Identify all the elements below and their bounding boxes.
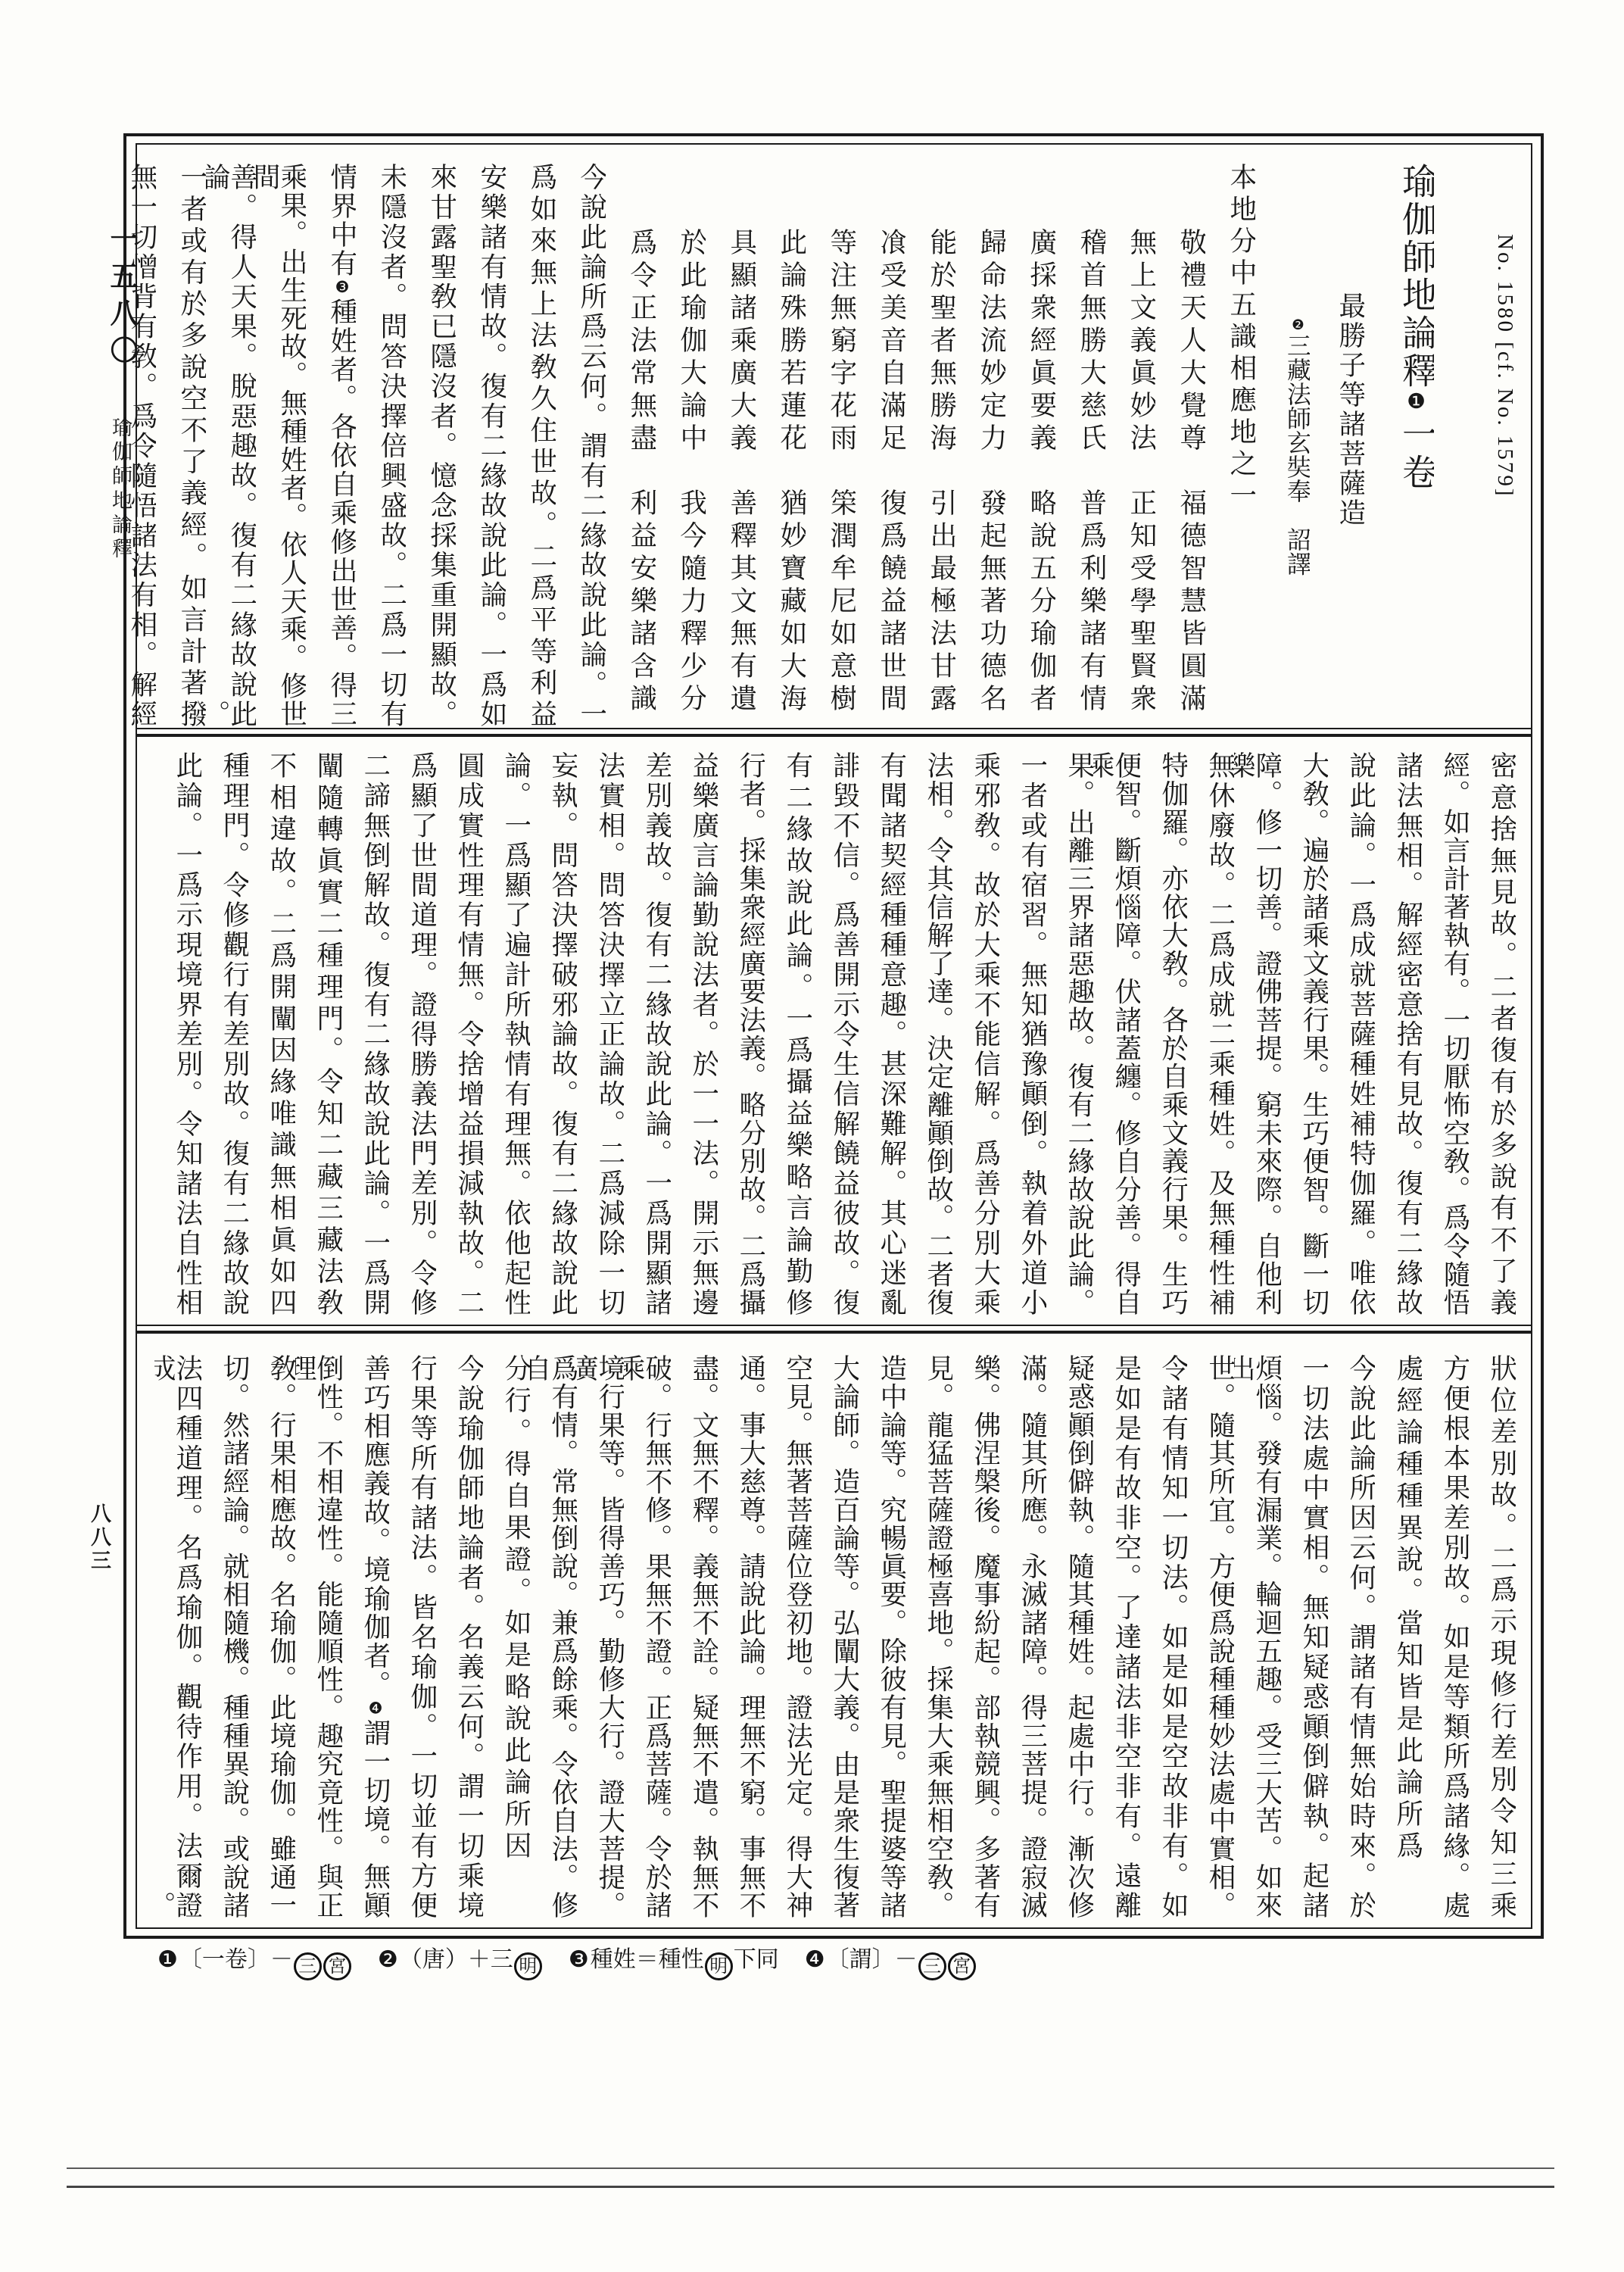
text-column: 善巧相應義故。境瑜伽者。❹謂一切境。無顚	[342, 1354, 389, 1918]
text-column: 倒性。不相違性。能隨順性。趣究竟性。與正理	[295, 1354, 342, 1918]
text-column: 法四種道理。名爲瑜伽。觀待作用。法爾證成。	[154, 1354, 201, 1918]
verse-line: 具顯諸乘廣大義 善釋其文無有遺	[706, 163, 756, 727]
translator-line: ❷三藏法師玄奘奉 詔譯	[1255, 163, 1310, 727]
text-column: 論。一爲顯了遍計所執情有理無。依他起性	[483, 751, 530, 1315]
footnote-line: ❶〔一卷〕－三宮❷（唐）＋三明❸種姓＝種性明下同❹〔謂〕－三宮	[157, 1940, 1445, 1980]
text-column: 一切法處中實相。無知疑惑顚倒僻執。起諸	[1281, 1354, 1328, 1918]
verse-line: 廣採衆經眞要義 略說五分瑜伽者	[1005, 163, 1055, 727]
edition-badge: 三	[294, 1952, 322, 1980]
verse-line: 歸命法流妙定力 發起無著功德名	[955, 163, 1005, 727]
margin-serial: 一五八〇	[105, 224, 136, 373]
register-top: No. 1580 [cf. No. 1579]瑜伽師地論釋❶一卷最勝子等諸菩薩造…	[151, 163, 1516, 727]
text-column: 障。修一切善。證佛菩提。窮未來際。自他利樂	[1234, 751, 1281, 1315]
text-column: 益樂廣言論勤說法者。於一一法。開示無邊	[671, 751, 718, 1315]
text-column: 種理門。令修觀行有差別故。復有二緣故說	[201, 751, 248, 1315]
text-column: 爲顯了世間道理。證得勝義法門差別。令修	[389, 751, 436, 1315]
taisho-number-label: No. 1580 [cf. No. 1579]	[1446, 163, 1516, 727]
footnote-marker-icon: ❹	[366, 1699, 385, 1718]
text-column: 處經論種種異說。當知皆是此論所爲	[1375, 1354, 1422, 1918]
text-column: 諸法無相。解經密意捨有見故。復有二緣故	[1375, 751, 1422, 1315]
text-column: 行者。採集衆經廣要法義。略分別故。二爲攝	[718, 751, 765, 1315]
margin-block: 一五八〇瑜伽師地論釋	[100, 224, 141, 562]
text-column: 果。出離三界諸惡趣故。復有二緣故說此論。	[1046, 751, 1093, 1315]
text-column: 妄執。問答決擇破邪論故。復有二緣故說此	[530, 751, 577, 1315]
text-column: 不相違故。二爲開闡因緣唯識無相眞如四	[248, 751, 295, 1315]
text-column: 狀位差別故。二爲示現修行差別令知三乘	[1469, 1354, 1516, 1918]
text-column: 一者或有於多說空不了義經。如言計著撥	[156, 163, 206, 727]
scan-artifact-line	[67, 2186, 1554, 2188]
text-column: 此論。一爲示現境界差別。令知諸法自性相	[154, 751, 201, 1315]
verse-line: 能於聖者無勝海 引出最極法甘露	[906, 163, 955, 727]
text-column: 特伽羅。亦依大敎。各於自乘文義行果。生巧	[1140, 751, 1187, 1315]
text-column: 法實相。問答決擇立正論故。二爲減除一切	[577, 751, 624, 1315]
text-column: 煩惱。發有漏業。輪迴五趣。受三大苦。如來出	[1234, 1354, 1281, 1918]
sutra-title: 瑜伽師地論釋❶一卷	[1370, 163, 1434, 727]
text-column: 差別義故。復有二緣故說此論。一爲開顯諸	[624, 751, 671, 1315]
text-column: 乘邪敎。故於大乘不能信解。爲善分別大乘	[952, 751, 999, 1315]
text-column: 無休廢故。二爲成就二乘種姓。及無種性補	[1187, 751, 1234, 1315]
verse-line: 飡受美音自滿足 復爲饒益諸世間	[856, 163, 906, 727]
text-column: 盡。文無不釋。義無不詮。疑無不遣。執無不	[671, 1354, 718, 1918]
text-column: 安樂諸有情故。復有二緣故說此論。一爲如	[456, 163, 506, 727]
register-bottom: 狀位差別故。二爲示現修行差別令知三乘方便根本果差別故。如是等類所爲諸緣。處處經論…	[151, 1354, 1516, 1918]
footnote: ❷（唐）＋三明	[378, 1940, 543, 1980]
text-column: 樂。佛涅槃後。魔事紛起。部執競興。多著有	[952, 1354, 999, 1918]
edition-badge: 明	[514, 1952, 542, 1980]
verse-line: 於此瑜伽大論中 我今隨力釋少分	[656, 163, 706, 727]
edition-badge: 三	[918, 1952, 946, 1980]
verse-line: 等注無窮字花雨 筞潤牟尼如意樹	[806, 163, 856, 727]
page-number-label: 八八三	[85, 1503, 114, 1573]
text-column: 空見。無著菩薩位登初地。證法光定。得大神	[765, 1354, 812, 1918]
chapter-heading: 本地分中五識相應地之一	[1205, 163, 1255, 727]
scan-artifact-line	[67, 2167, 1554, 2169]
text-column: 誹毀不信。爲善開示令生信解饒益彼故。復	[812, 751, 859, 1315]
text-column: 大論師。造百論等。弘闡大義。由是衆生復著	[812, 1354, 859, 1918]
text-column: 說此論。一爲成就菩薩種姓補特伽羅。唯依	[1328, 751, 1375, 1315]
verse-line: 稽首無勝大慈氏 普爲利樂諸有情	[1055, 163, 1105, 727]
text-column: 法相。令其信解了達。決定離顚倒故。二者復	[906, 751, 952, 1315]
text-column: 疑惑顚倒僻執。隨其種姓。起處中行。漸次修	[1046, 1354, 1093, 1918]
text-column: 見。龍猛菩薩證極喜地。採集大乘無相空敎。	[906, 1354, 952, 1918]
text-column: 滿。隨其所應。永滅諸障。得三菩提。證寂滅	[999, 1354, 1046, 1918]
text-column: 分行。得自果證。如是略說此論所因	[483, 1354, 530, 1918]
text-column: 未隱沒者。問答決擇倍興盛故。二爲一切有	[356, 163, 406, 727]
footnote-marker-icon: ❷	[1290, 317, 1306, 333]
text-column: 有二緣故說此論。一爲攝益樂略言論勤修	[765, 751, 812, 1315]
text-column: 爲有情。常無倒說。兼爲餘乘。令依自法。修自	[530, 1354, 577, 1918]
text-column: 今說此論所爲云何。謂有二緣故說此論。一	[556, 163, 606, 727]
footnote: ❶〔一卷〕－三宮	[157, 1940, 352, 1980]
text-column: 密意捨無見故。二者復有於多說有不了義	[1469, 751, 1516, 1315]
edition-badge: 明	[705, 1952, 733, 1980]
text-column: 敎。行果相應故。名瑜伽。此境瑜伽。雖通一	[248, 1354, 295, 1918]
text-column: 有聞諸契經種種意趣。甚深難解。其心迷亂	[859, 751, 906, 1315]
text-column: 方便根本果差別故。如是等類所爲諸緣。處	[1422, 1354, 1469, 1918]
text-column: 乘果。出生死故。無種姓者。依人天乘。修世間	[256, 163, 306, 727]
verse-line: 敬禮天人大覺尊 福德智慧皆圓滿	[1155, 163, 1205, 727]
text-column: 今說此論所因云何。謂諸有情無始時來。於	[1328, 1354, 1375, 1918]
text-column: 便智。斷煩惱障。伏諸蓋纏。修自分善。得自乘	[1093, 751, 1140, 1315]
text-column: 切。然諸經論。就相隨機。種種異說。或說諸	[201, 1354, 248, 1918]
text-column: 破。行無不修。果無不證。正爲菩薩。令於諸乘	[624, 1354, 671, 1918]
text-column: 境行果等。皆得善巧。勤修大行。證大菩提。廣	[577, 1354, 624, 1918]
text-column: 通。事大慈尊。請說此論。理無不窮。事無不	[718, 1354, 765, 1918]
footnote-marker-icon: ❷	[378, 1947, 398, 1972]
text-column: 今說瑜伽師地論者。名義云何。謂一切乘境	[436, 1354, 483, 1918]
text-column: 闡隨轉眞實二種理門。令知二藏三藏法敎	[295, 751, 342, 1315]
text-column: 大敎。遍於諸乘文義行果。生巧便智。斷一切	[1281, 751, 1328, 1315]
register-divider	[137, 1325, 1531, 1334]
text-column: 是如是有故非空。了達諸法非空非有。遠離	[1093, 1354, 1140, 1918]
text-column: 爲如來無上法敎久住世故。二爲平等利益	[506, 163, 556, 727]
text-column: 經。如言計著執有。一切厭怖空敎。爲令隨悟	[1422, 751, 1469, 1315]
text-column: 二諦無倒解故。復有二緣故說此論。一爲開	[342, 751, 389, 1315]
verse-line: 無上文義眞妙法 正知受學聖賢衆	[1105, 163, 1155, 727]
register-divider	[137, 728, 1531, 737]
margin-work-title: 瑜伽師地論釋	[109, 417, 132, 562]
footnote-marker-icon: ❸	[569, 1947, 589, 1972]
text-column: 善。得人天果。脫惡趣故。復有二緣故說此論。	[206, 163, 256, 727]
text-column: 情界中有❸種姓者。各依自乘修出世善。得三	[306, 163, 356, 727]
footnote-marker-icon: ❶	[1405, 390, 1428, 416]
register-middle: 密意捨無見故。二者復有於多說有不了義經。如言計著執有。一切厭怖空敎。爲令隨悟諸法…	[151, 751, 1516, 1315]
text-column: 行果等所有諸法。皆名瑜伽。一切並有方便	[389, 1354, 436, 1918]
text-column: 一者或有宿習。無知猶豫顚倒。執着外道小	[999, 751, 1046, 1315]
footnote-marker-icon: ❶	[157, 1947, 178, 1972]
verse-line: 此論殊勝若蓮花 猶妙寶藏如大海	[756, 163, 806, 727]
verse-line: 爲令正法常無盡 利益安樂諸含識	[606, 163, 656, 727]
text-column: 令諸有情知一切法。如是如是空故非有。如	[1140, 1354, 1187, 1918]
footnote-marker-icon: ❹	[805, 1947, 825, 1972]
edition-badge: 宮	[948, 1952, 976, 1980]
text-column: 世。隨其所宜。方便爲說種種妙法處中實相。	[1187, 1354, 1234, 1918]
text-column: 造中論等。究暢眞要。除彼有見。聖提婆等諸	[859, 1354, 906, 1918]
footnote: ❸種姓＝種性明下同	[569, 1940, 779, 1980]
footnote-marker-icon: ❸	[333, 278, 351, 298]
author-line: 最勝子等諸菩薩造	[1310, 163, 1364, 727]
text-column: 圓成實性理有情無。令捨增益損減執故。二	[436, 751, 483, 1315]
scanned-page: { "page": { "margin": { "serial": "一五八〇"…	[0, 0, 1624, 2272]
edition-badge: 宮	[323, 1952, 351, 1980]
footnote: ❹〔謂〕－三宮	[805, 1940, 977, 1980]
text-column: 來甘露聖敎已隱沒者。憶念採集重開顯故。	[406, 163, 456, 727]
